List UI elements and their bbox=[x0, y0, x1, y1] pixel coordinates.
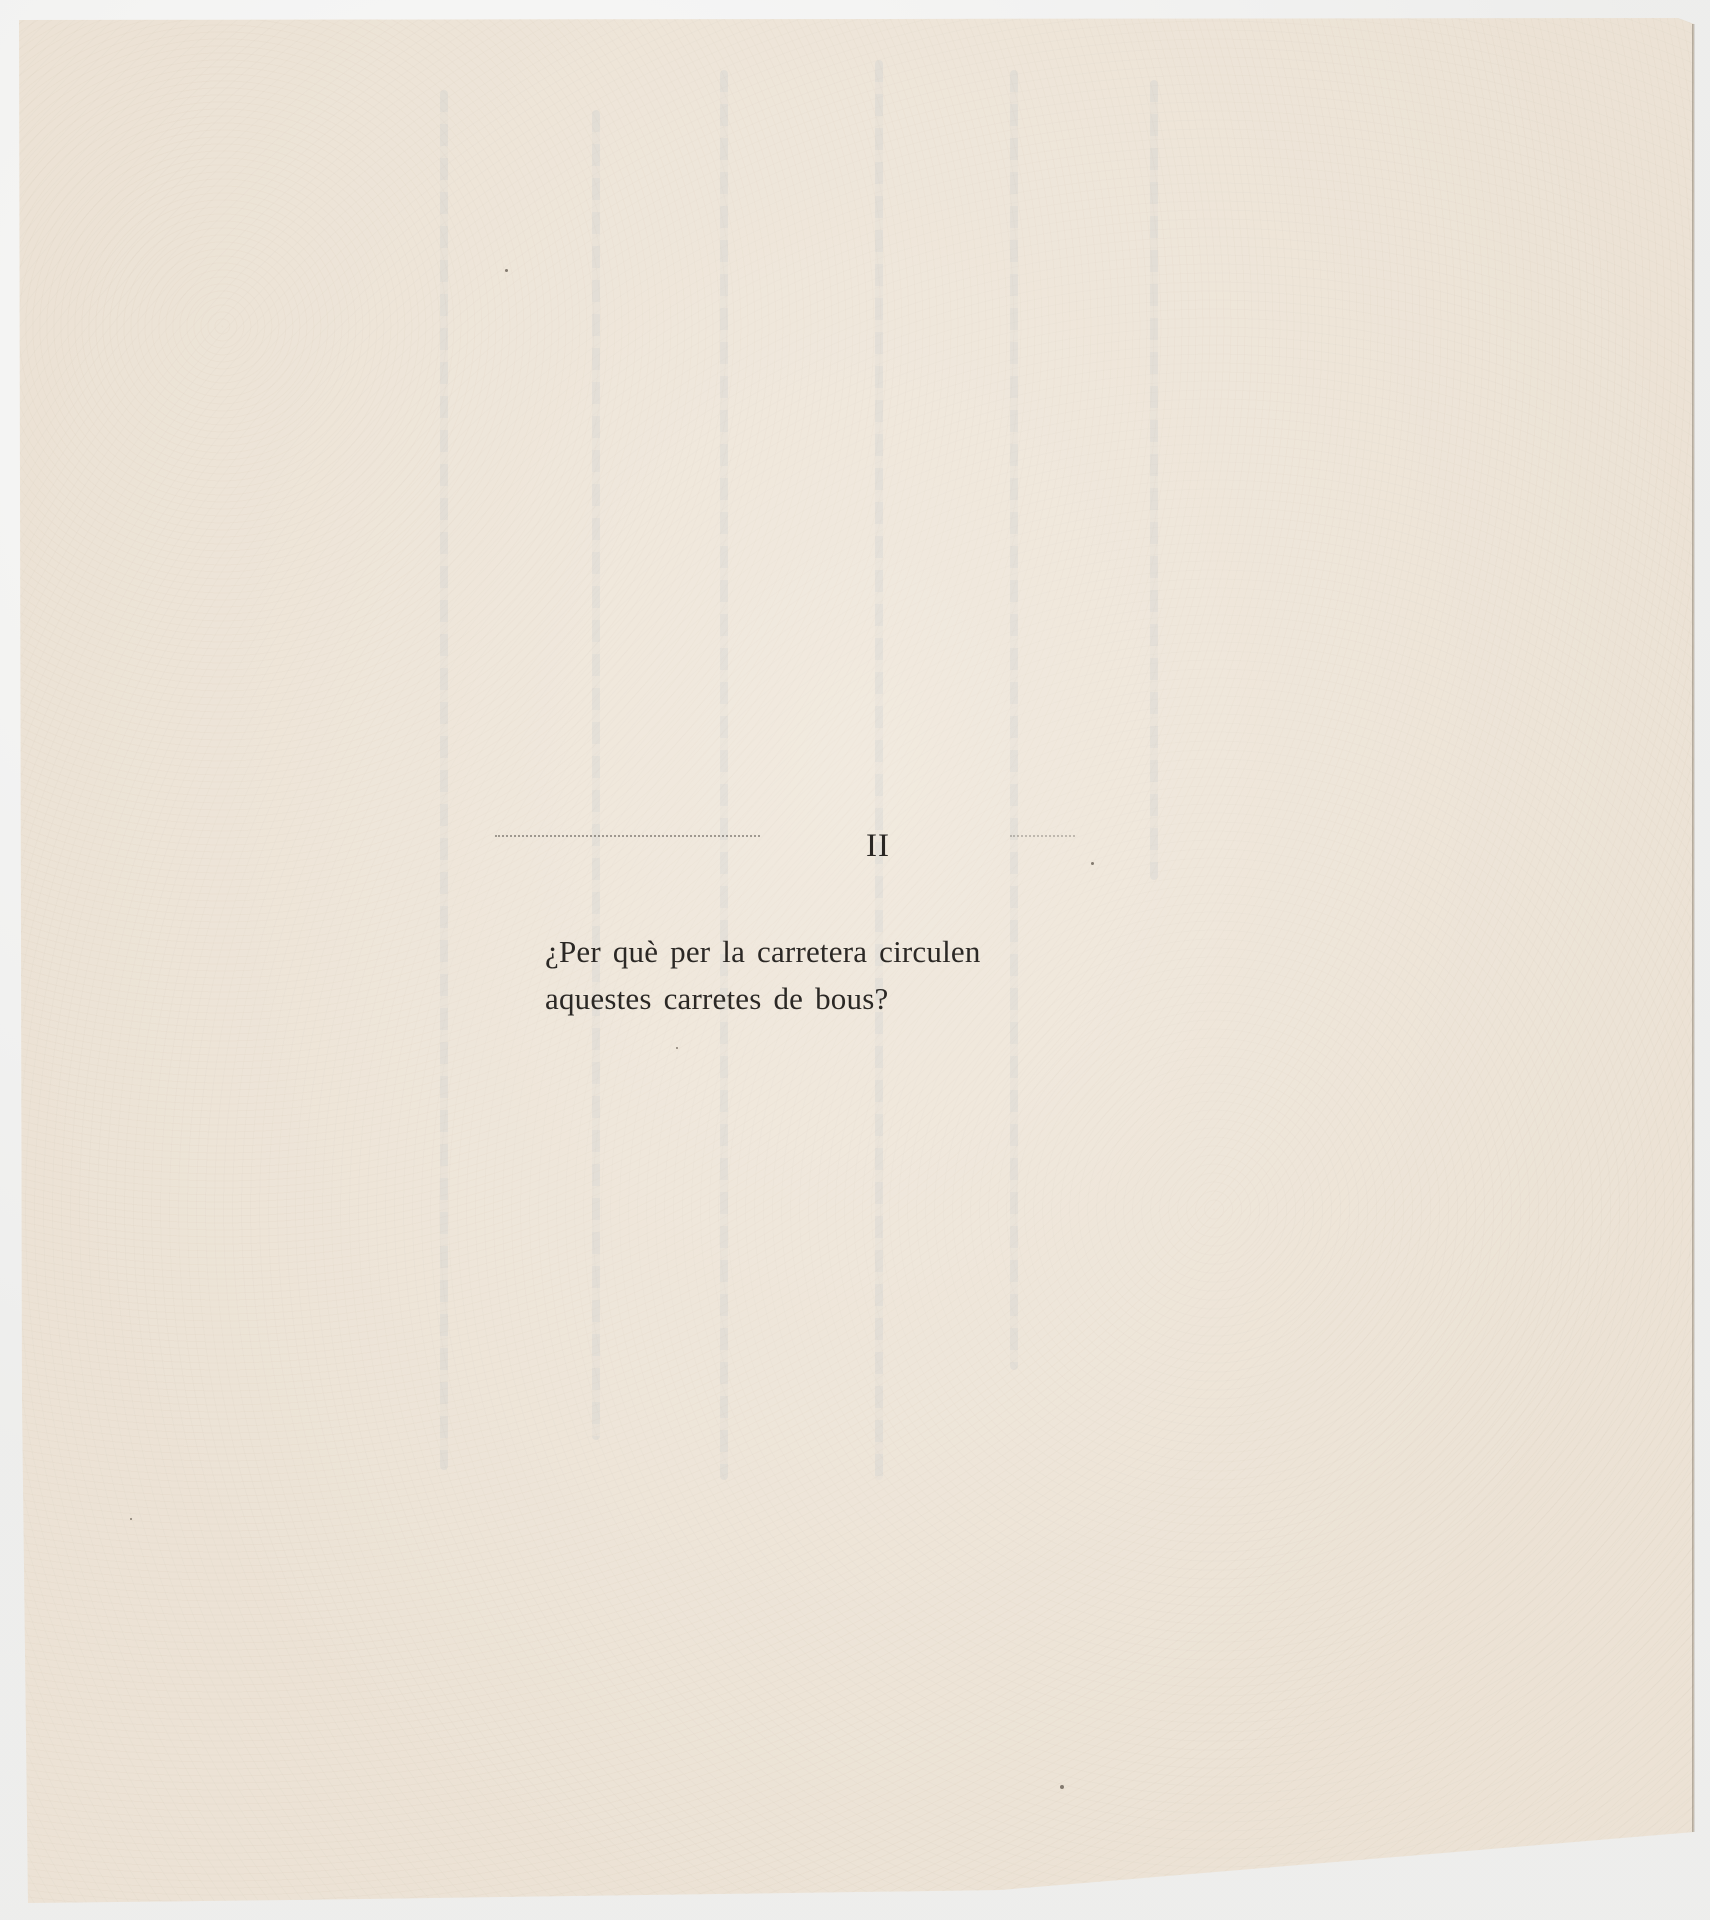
paper-speck bbox=[1060, 1785, 1064, 1789]
section-numeral: II bbox=[866, 830, 890, 863]
verse-line: ¿Per què per la carretera circulen bbox=[545, 928, 1145, 975]
dotted-rule-right bbox=[1010, 835, 1075, 837]
dotted-rule-left bbox=[495, 835, 760, 837]
verse-line: aquestes carretes de bous? bbox=[545, 975, 1145, 1022]
verse-text: ¿Per què per la carretera circulen aques… bbox=[545, 928, 1145, 1022]
showthrough-mark bbox=[592, 110, 600, 1440]
showthrough-mark bbox=[1150, 80, 1158, 880]
paper-speck bbox=[505, 269, 508, 272]
showthrough-mark bbox=[1010, 70, 1018, 1370]
showthrough-mark bbox=[720, 70, 728, 1480]
paper-sheet: II ¿Per què per la carretera circulen aq… bbox=[0, 0, 1710, 1920]
paper-speck bbox=[676, 1047, 678, 1049]
showthrough-mark bbox=[440, 90, 448, 1470]
paper-speck bbox=[130, 1518, 132, 1520]
showthrough-mark bbox=[875, 60, 883, 1480]
paper-edge-shadow bbox=[1692, 24, 1695, 1832]
paper-speck bbox=[1091, 862, 1094, 865]
